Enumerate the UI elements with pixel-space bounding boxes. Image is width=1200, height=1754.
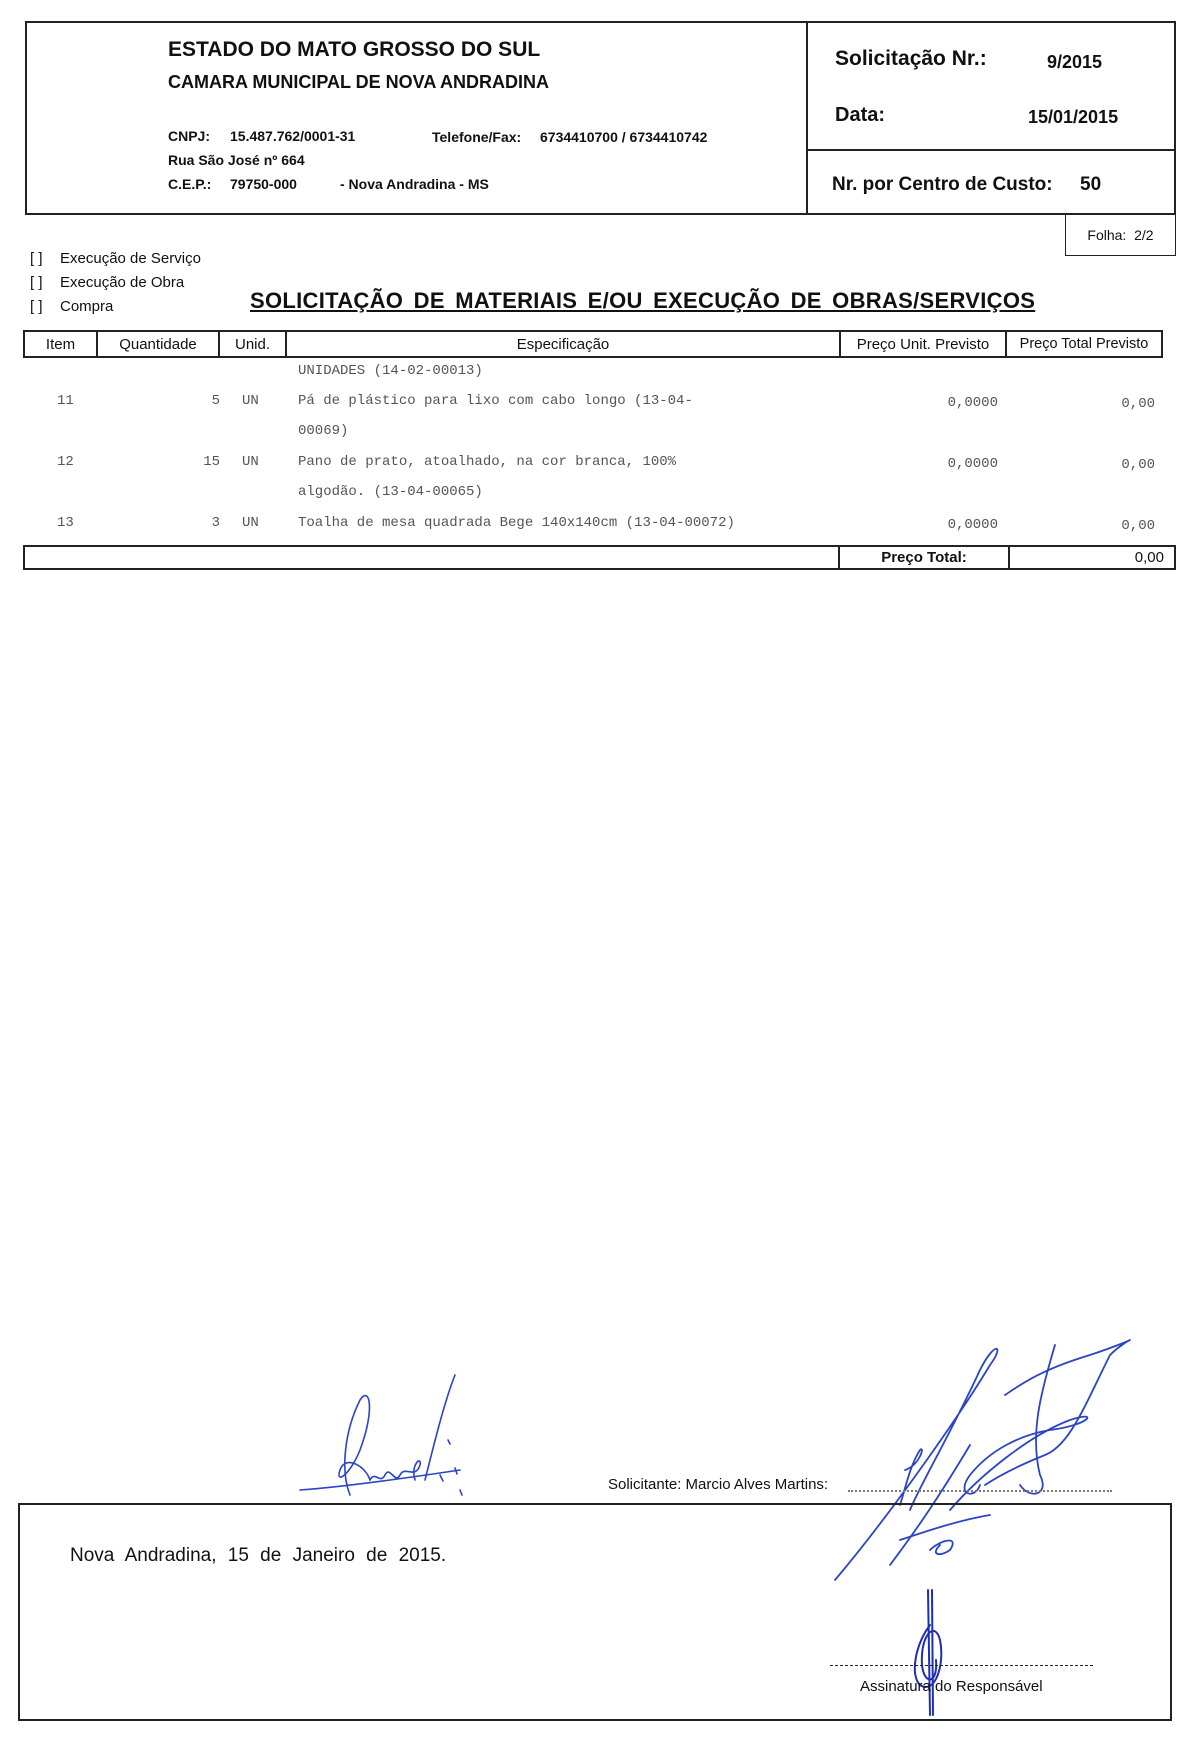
row-spec-line2: algodão. (13-04-00065)	[298, 484, 483, 500]
option-construction[interactable]: [ ]Execução de Obra	[30, 274, 184, 291]
col-header-unit: Unid.	[218, 330, 287, 358]
cost-center-label: Nr. por Centro de Custo:	[832, 174, 1053, 196]
request-number-label: Solicitação Nr.:	[835, 47, 987, 71]
row-unit: UN	[242, 515, 259, 531]
state-name: ESTADO DO MATO GROSSO DO SUL	[168, 38, 540, 62]
row-unit-price: 0,0000	[880, 456, 998, 472]
checkbox-service[interactable]: [ ]	[30, 250, 60, 267]
spec-continuation: UNIDADES (14-02-00013)	[298, 363, 483, 379]
row-unit-price: 0,0000	[880, 395, 998, 411]
cep-label: C.E.P.:	[168, 176, 211, 192]
row-total-price: 0,00	[1060, 518, 1155, 534]
col-header-item: Item	[23, 330, 98, 358]
phone-value: 6734410700 / 6734410742	[540, 129, 707, 145]
option-purchase[interactable]: [ ]Compra	[30, 298, 113, 315]
row-unit-price: 0,0000	[880, 517, 998, 533]
col-header-specification: Especificação	[285, 330, 841, 358]
requester-label: Solicitante: Marcio Alves Martins:	[608, 1476, 828, 1493]
date-label: Data:	[835, 104, 885, 127]
cnpj-label: CNPJ:	[168, 128, 210, 144]
row-total-price: 0,00	[1060, 457, 1155, 473]
col-header-quantity: Quantidade	[96, 330, 220, 358]
requester-signature-line	[848, 1478, 1112, 1492]
institution-name: CAMARA MUNICIPAL DE NOVA ANDRADINA	[168, 72, 549, 93]
address: Rua São José nº 664	[168, 152, 305, 168]
document-title: SOLICITAÇÃO DE MATERIAIS E/OU EXECUÇÃO D…	[250, 288, 1035, 314]
sheet-indicator: Folha: 2/2	[1065, 214, 1176, 256]
option-construction-label: Execução de Obra	[60, 274, 184, 291]
row-item: 12	[57, 454, 74, 470]
row-spec-line2: 00069)	[298, 423, 348, 439]
row-total-price: 0,00	[1060, 396, 1155, 412]
row-item: 11	[57, 393, 74, 409]
row-quantity: 3	[150, 515, 220, 531]
row-quantity: 15	[150, 454, 220, 470]
signature-left-icon	[290, 1370, 510, 1510]
col-header-total-price: Preço Total Previsto	[1005, 330, 1163, 358]
responsible-signature-line	[830, 1665, 1093, 1666]
col-header-unit-price: Preço Unit. Previsto	[839, 330, 1007, 358]
request-number: 9/2015	[1047, 52, 1102, 73]
sheet-label: Folha:	[1087, 227, 1126, 243]
city: - Nova Andradina - MS	[340, 176, 489, 192]
total-value: 0,00	[1008, 545, 1176, 570]
responsible-label: Assinatura do Responsável	[860, 1678, 1043, 1695]
row-unit: UN	[242, 393, 259, 409]
cep-value: 79750-000	[230, 176, 297, 192]
option-purchase-label: Compra	[60, 298, 113, 315]
cost-center-number: 50	[1080, 174, 1101, 196]
row-spec-line1: Toalha de mesa quadrada Bege 140x140cm (…	[298, 515, 735, 531]
option-service[interactable]: [ ]Execução de Serviço	[30, 250, 201, 267]
checkbox-purchase[interactable]: [ ]	[30, 298, 60, 315]
row-spec-line1: Pano de prato, atoalhado, na cor branca,…	[298, 454, 676, 470]
header-divider	[806, 149, 1176, 151]
cnpj-value: 15.487.762/0001-31	[230, 128, 355, 144]
row-unit: UN	[242, 454, 259, 470]
row-spec-line1: Pá de plástico para lixo com cabo longo …	[298, 393, 693, 409]
date-value: 15/01/2015	[1028, 107, 1118, 128]
sheet-value: 2/2	[1134, 227, 1153, 243]
total-label: Preço Total:	[838, 545, 1010, 570]
row-quantity: 5	[150, 393, 220, 409]
row-item: 13	[57, 515, 74, 531]
checkbox-construction[interactable]: [ ]	[30, 274, 60, 291]
place-date: Nova Andradina, 15 de Janeiro de 2015.	[70, 1545, 446, 1567]
option-service-label: Execução de Serviço	[60, 250, 201, 267]
phone-label: Telefone/Fax:	[432, 129, 521, 145]
